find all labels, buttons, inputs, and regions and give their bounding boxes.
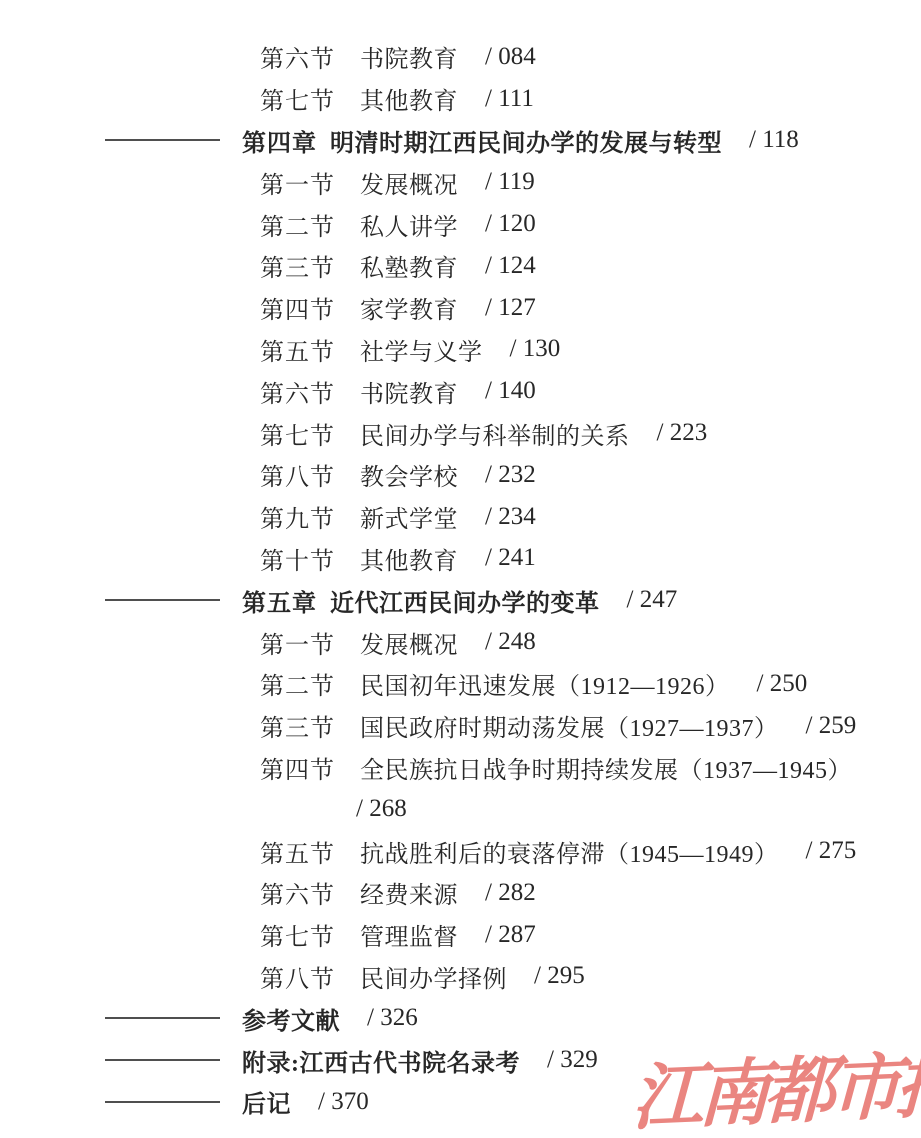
- toc-entry-page-number: / 084: [485, 43, 536, 71]
- toc-entry-page-number: / 370: [318, 1088, 369, 1116]
- toc-entry-label: 第五章: [242, 583, 317, 618]
- chapter-rule-line: [105, 1101, 220, 1103]
- toc-entry-section: 第五节抗战胜利后的衰落停滞（1945—1949）/ 275: [0, 830, 921, 872]
- toc-entry-title: 明清时期江西民间办学的发展与转型: [330, 123, 722, 158]
- toc-entry-label: 第六节: [260, 875, 335, 910]
- chapter-rule-line: [105, 1017, 220, 1019]
- chapter-rule-line: [105, 599, 220, 601]
- toc-entry-label: 第五节: [260, 332, 335, 367]
- toc-entry-title: 近代江西民间办学的变革: [330, 583, 600, 618]
- toc-entry-title: 书院教育: [360, 374, 458, 409]
- toc-entry-label: 第八节: [260, 457, 335, 492]
- toc-entry-title: 其他教育: [360, 541, 458, 576]
- toc-entry-title: 全民族抗日战争时期持续发展（1937—1945）: [360, 750, 852, 785]
- toc-entry-label: 第十节: [260, 541, 335, 576]
- toc-entry-label: 第四章: [242, 123, 317, 158]
- table-of-contents: 第六节书院教育/ 084第七节其他教育/ 111第四章明清时期江西民间办学的发展…: [0, 36, 921, 1123]
- toc-entry-page-number: / 247: [627, 586, 678, 614]
- toc-entry-title: 民国初年迅速发展（1912—1926）: [360, 666, 730, 701]
- toc-entry-label: 第三节: [260, 708, 335, 743]
- toc-entry-section: 第一节发展概况/ 248: [0, 621, 921, 663]
- toc-entry-section: 第九节新式学堂/ 234: [0, 496, 921, 538]
- toc-entry-section: 第二节民国初年迅速发展（1912—1926）/ 250: [0, 663, 921, 705]
- toc-entry-page-number: / 287: [485, 921, 536, 949]
- toc-entry-title: 社学与义学: [360, 332, 483, 367]
- toc-entry-page-number: / 130: [510, 335, 561, 363]
- toc-entry-label: 第三节: [260, 248, 335, 283]
- toc-entry-backmatter: 后记/ 370: [0, 1081, 921, 1123]
- toc-entry-section: 第七节民间办学与科举制的关系/ 223: [0, 412, 921, 454]
- toc-entry-section: 第一节发展概况/ 119: [0, 161, 921, 203]
- toc-entry-label: 第四节: [260, 290, 335, 325]
- toc-entry-page-number: / 250: [757, 670, 808, 698]
- toc-entry-page-number: / 223: [657, 419, 708, 447]
- toc-entry-label: 第七节: [260, 416, 335, 451]
- toc-entry-page-number: / 326: [367, 1004, 418, 1032]
- toc-entry-title: 教会学校: [360, 457, 458, 492]
- toc-entry-title: 民间办学与科举制的关系: [360, 416, 630, 451]
- toc-entry-section: 第二节私人讲学/ 120: [0, 203, 921, 245]
- toc-entry-page-number: / 295: [534, 962, 585, 990]
- toc-entry-title: 发展概况: [360, 165, 458, 200]
- toc-entry-page-number: / 268: [356, 795, 407, 823]
- toc-entry-label: 第二节: [260, 207, 335, 242]
- toc-entry-section: 第三节国民政府时期动荡发展（1927—1937）/ 259: [0, 705, 921, 747]
- toc-entry-label: 第七节: [260, 917, 335, 952]
- toc-entry-label: 第七节: [260, 81, 335, 116]
- toc-entry-label: 第六节: [260, 39, 335, 74]
- toc-entry-title: 私塾教育: [360, 248, 458, 283]
- toc-entry-label: 第五节: [260, 834, 335, 869]
- toc-entry-section: 第七节其他教育/ 111: [0, 78, 921, 120]
- toc-entry-continuation: / 268: [0, 788, 921, 830]
- toc-entry-section: 第四节全民族抗日战争时期持续发展（1937—1945）: [0, 747, 921, 789]
- toc-entry-backmatter: 参考文献/ 326: [0, 997, 921, 1039]
- toc-entry-page-number: / 329: [547, 1046, 598, 1074]
- toc-entry-chapter: 第五章近代江西民间办学的变革/ 247: [0, 579, 921, 621]
- toc-entry-section: 第四节家学教育/ 127: [0, 287, 921, 329]
- toc-entry-label: 第六节: [260, 374, 335, 409]
- toc-entry-title: 抗战胜利后的衰落停滞（1945—1949）: [360, 834, 779, 869]
- toc-entry-page-number: / 111: [485, 85, 534, 113]
- toc-entry-title: 后记: [242, 1084, 291, 1119]
- toc-entry-label: 第八节: [260, 959, 335, 994]
- toc-entry-title: 附录:江西古代书院名录考: [242, 1043, 520, 1078]
- toc-entry-section: 第六节经费来源/ 282: [0, 872, 921, 914]
- toc-entry-page-number: / 119: [485, 168, 535, 196]
- toc-entry-page-number: / 275: [806, 837, 857, 865]
- toc-entry-title: 发展概况: [360, 625, 458, 660]
- toc-entry-label: 第四节: [260, 750, 335, 785]
- toc-entry-page-number: / 124: [485, 252, 536, 280]
- toc-entry-page-number: / 127: [485, 294, 536, 322]
- toc-entry-chapter: 第四章明清时期江西民间办学的发展与转型/ 118: [0, 120, 921, 162]
- toc-entry-title: 民间办学择例: [360, 959, 507, 994]
- toc-entry-section: 第十节其他教育/ 241: [0, 538, 921, 580]
- toc-entry-page-number: / 232: [485, 461, 536, 489]
- toc-entry-label: 第九节: [260, 499, 335, 534]
- toc-entry-label: 第一节: [260, 165, 335, 200]
- toc-entry-section: 第六节书院教育/ 084: [0, 36, 921, 78]
- toc-entry-page-number: / 241: [485, 544, 536, 572]
- toc-entry-label: 第二节: [260, 666, 335, 701]
- toc-entry-section: 第八节民间办学择例/ 295: [0, 956, 921, 998]
- toc-entry-page-number: / 140: [485, 377, 536, 405]
- toc-entry-page-number: / 118: [749, 126, 799, 154]
- toc-entry-title: 经费来源: [360, 875, 458, 910]
- toc-entry-page-number: / 120: [485, 210, 536, 238]
- toc-entry-title: 国民政府时期动荡发展（1927—1937）: [360, 708, 779, 743]
- toc-entry-section: 第八节教会学校/ 232: [0, 454, 921, 496]
- toc-entry-label: 第一节: [260, 625, 335, 660]
- toc-entry-title: 参考文献: [242, 1001, 340, 1036]
- toc-entry-title: 私人讲学: [360, 207, 458, 242]
- toc-entry-page-number: / 234: [485, 503, 536, 531]
- toc-entry-page-number: / 259: [806, 712, 857, 740]
- toc-entry-section: 第七节管理监督/ 287: [0, 914, 921, 956]
- toc-entry-title: 家学教育: [360, 290, 458, 325]
- toc-entry-title: 管理监督: [360, 917, 458, 952]
- toc-entry-page-number: / 282: [485, 879, 536, 907]
- toc-entry-page-number: / 248: [485, 628, 536, 656]
- toc-entry-title: 其他教育: [360, 81, 458, 116]
- toc-entry-title: 书院教育: [360, 39, 458, 74]
- book-toc-page: 第六节书院教育/ 084第七节其他教育/ 111第四章明清时期江西民间办学的发展…: [0, 0, 921, 1138]
- toc-entry-section: 第三节私塾教育/ 124: [0, 245, 921, 287]
- chapter-rule-line: [105, 1059, 220, 1061]
- toc-entry-title: 新式学堂: [360, 499, 458, 534]
- toc-entry-section: 第五节社学与义学/ 130: [0, 329, 921, 371]
- toc-entry-backmatter: 附录:江西古代书院名录考/ 329: [0, 1039, 921, 1081]
- toc-entry-section: 第六节书院教育/ 140: [0, 370, 921, 412]
- chapter-rule-line: [105, 139, 220, 141]
